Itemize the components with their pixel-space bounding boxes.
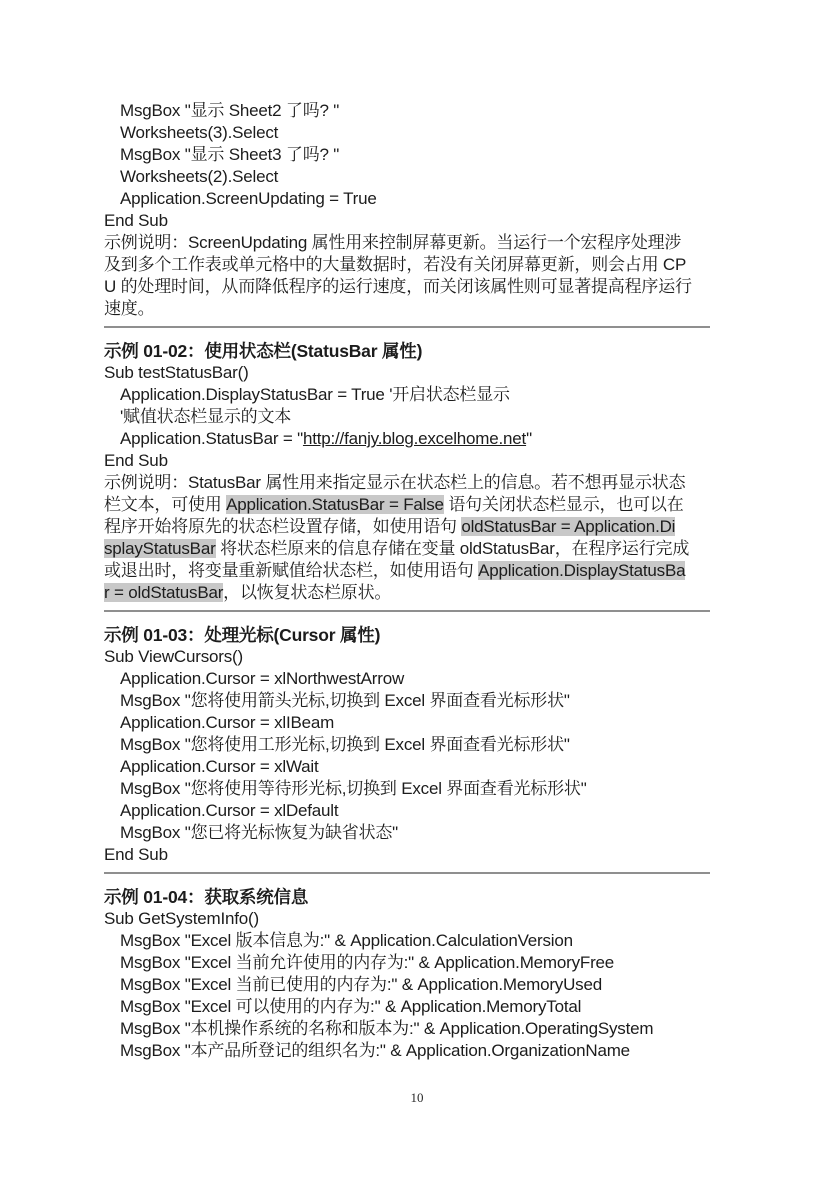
text-segment: Application.ScreenUpdating = True bbox=[120, 189, 377, 208]
text-segment: MsgBox "Excel 当前允许使用的内存为:" & Application… bbox=[120, 953, 614, 972]
text-segment: Application.Cursor = xlDefault bbox=[120, 801, 338, 820]
code-line: '赋值状态栏显示的文本 bbox=[104, 406, 712, 428]
code-line: Application.Cursor = xlDefault bbox=[104, 800, 712, 822]
code-line: Application.Cursor = xlWait bbox=[104, 756, 712, 778]
text-segment: MsgBox "您将使用等待形光标,切换到 Excel 界面查看光标形状" bbox=[120, 779, 587, 798]
section-divider bbox=[104, 872, 710, 874]
text-segment: Application.Cursor = xlWait bbox=[120, 757, 319, 776]
text-segment: 速度。 bbox=[104, 299, 154, 318]
page-content: MsgBox "显示 Sheet2 了吗? "Worksheets(3).Sel… bbox=[104, 100, 712, 1062]
code-line: MsgBox "您将使用等待形光标,切换到 Excel 界面查看光标形状" bbox=[104, 778, 712, 800]
code-line: MsgBox "Excel 当前允许使用的内存为:" & Application… bbox=[104, 952, 712, 974]
document-page: MsgBox "显示 Sheet2 了吗? "Worksheets(3).Sel… bbox=[0, 0, 834, 1179]
code-line: Sub GetSystemInfo() bbox=[104, 908, 712, 930]
code-line: Application.DisplayStatusBar = True '开启状… bbox=[104, 384, 712, 406]
code-line: MsgBox "您将使用箭头光标,切换到 Excel 界面查看光标形状" bbox=[104, 690, 712, 712]
text-segment: End Sub bbox=[104, 451, 168, 470]
code-line: MsgBox "Excel 版本信息为:" & Application.Calc… bbox=[104, 930, 712, 952]
heading-line: 示例 01-03：处理光标(Cursor 属性) bbox=[104, 624, 712, 646]
text-line: 程序开始将原先的状态栏设置存储，如使用语句 oldStatusBar = App… bbox=[104, 516, 712, 538]
text-segment: Sub GetSystemInfo() bbox=[104, 909, 259, 928]
code-line: End Sub bbox=[104, 210, 712, 232]
code-line: MsgBox "本产品所登记的组织名为:" & Application.Orga… bbox=[104, 1040, 712, 1062]
example-heading: 示例 01-02：使用状态栏(StatusBar 属性) bbox=[104, 340, 712, 362]
code-block: Sub testStatusBar()Application.DisplaySt… bbox=[104, 362, 712, 472]
text-segment: Application.Cursor = xlIBeam bbox=[120, 713, 334, 732]
text-segment: End Sub bbox=[104, 845, 168, 864]
highlighted-code: r = oldStatusBar bbox=[104, 583, 223, 602]
text-segment: ，以恢复状态栏原状。 bbox=[223, 583, 391, 602]
code-line: Application.ScreenUpdating = True bbox=[104, 188, 712, 210]
text-line: 速度。 bbox=[104, 298, 712, 320]
code-line: Sub testStatusBar() bbox=[104, 362, 712, 384]
text-segment: 栏文本，可使用 bbox=[104, 495, 226, 514]
section-divider bbox=[104, 326, 710, 328]
description-paragraph: 示例说明：ScreenUpdating 属性用来控制屏幕更新。当运行一个宏程序处… bbox=[104, 232, 712, 320]
text-segment: Sub testStatusBar() bbox=[104, 363, 249, 382]
text-segment: MsgBox "Excel 当前已使用的内存为:" & Application.… bbox=[120, 975, 602, 994]
code-line: MsgBox "Excel 可以使用的内存为:" & Application.M… bbox=[104, 996, 712, 1018]
text-line: 或退出时，将变量重新赋值给状态栏，如使用语句 Application.Displ… bbox=[104, 560, 712, 582]
text-segment: MsgBox "显示 Sheet2 了吗? " bbox=[120, 101, 339, 120]
text-segment: Application.DisplayStatusBar = True '开启状… bbox=[120, 385, 510, 404]
heading-line: 示例 01-02：使用状态栏(StatusBar 属性) bbox=[104, 340, 712, 362]
code-line: MsgBox "本机操作系统的名称和版本为:" & Application.Op… bbox=[104, 1018, 712, 1040]
code-line: Application.Cursor = xlNorthwestArrow bbox=[104, 668, 712, 690]
text-segment: MsgBox "您已将光标恢复为缺省状态" bbox=[120, 823, 398, 842]
code-line: End Sub bbox=[104, 844, 712, 866]
code-block: Sub GetSystemInfo()MsgBox "Excel 版本信息为:"… bbox=[104, 908, 712, 1062]
text-segment: 示例 01-04：获取系统信息 bbox=[104, 887, 308, 907]
code-line: End Sub bbox=[104, 450, 712, 472]
code-line: MsgBox "显示 Sheet3 了吗? " bbox=[104, 144, 712, 166]
text-segment: 程序开始将原先的状态栏设置存储，如使用语句 bbox=[104, 517, 461, 536]
code-line: Application.Cursor = xlIBeam bbox=[104, 712, 712, 734]
text-line: splayStatusBar 将状态栏原来的信息存储在变量 oldStatusB… bbox=[104, 538, 712, 560]
text-segment: Application.Cursor = xlNorthwestArrow bbox=[120, 669, 404, 688]
code-line: MsgBox "您已将光标恢复为缺省状态" bbox=[104, 822, 712, 844]
code-line: Application.StatusBar = "http://fanjy.bl… bbox=[104, 428, 712, 450]
text-segment: 示例 01-02：使用状态栏(StatusBar 属性) bbox=[104, 341, 422, 361]
text-segment: MsgBox "Excel 可以使用的内存为:" & Application.M… bbox=[120, 997, 581, 1016]
highlighted-code: splayStatusBar bbox=[104, 539, 216, 558]
text-line: U 的处理时间，从而降低程序的运行速度，而关闭该属性则可显著提高程序运行 bbox=[104, 276, 712, 298]
text-segment: " bbox=[526, 429, 532, 448]
text-segment: MsgBox "您将使用工形光标,切换到 Excel 界面查看光标形状" bbox=[120, 735, 570, 754]
example-heading: 示例 01-03：处理光标(Cursor 属性) bbox=[104, 624, 712, 646]
example-heading: 示例 01-04：获取系统信息 bbox=[104, 886, 712, 908]
code-block: Sub ViewCursors()Application.Cursor = xl… bbox=[104, 646, 712, 866]
text-segment: End Sub bbox=[104, 211, 168, 230]
page-number: 10 bbox=[0, 1090, 834, 1106]
code-line: MsgBox "Excel 当前已使用的内存为:" & Application.… bbox=[104, 974, 712, 996]
text-segment: Worksheets(3).Select bbox=[120, 123, 278, 142]
text-segment: 示例说明：StatusBar 属性用来指定显示在状态栏上的信息。若不想再显示状态 bbox=[104, 473, 685, 492]
text-segment: 及到多个工作表或单元格中的大量数据时，若没有关闭屏幕更新，则会占用 CP bbox=[104, 255, 686, 274]
text-segment: U 的处理时间，从而降低程序的运行速度，而关闭该属性则可显著提高程序运行 bbox=[104, 277, 692, 296]
text-segment: MsgBox "本产品所登记的组织名为:" & Application.Orga… bbox=[120, 1041, 630, 1060]
code-line: Sub ViewCursors() bbox=[104, 646, 712, 668]
url-text: http://fanjy.blog.excelhome.net bbox=[303, 429, 526, 448]
text-segment: 语句关闭状态栏显示，也可以在 bbox=[444, 495, 684, 514]
text-segment: Worksheets(2).Select bbox=[120, 167, 278, 186]
section-divider bbox=[104, 610, 710, 612]
text-segment: MsgBox "您将使用箭头光标,切换到 Excel 界面查看光标形状" bbox=[120, 691, 570, 710]
text-segment: Application.StatusBar = " bbox=[120, 429, 303, 448]
heading-line: 示例 01-04：获取系统信息 bbox=[104, 886, 712, 908]
code-line: MsgBox "显示 Sheet2 了吗? " bbox=[104, 100, 712, 122]
text-segment: '赋值状态栏显示的文本 bbox=[120, 407, 291, 426]
highlighted-code: oldStatusBar = Application.Di bbox=[461, 517, 675, 536]
text-segment: 示例 01-03：处理光标(Cursor 属性) bbox=[104, 625, 380, 645]
text-segment: 将状态栏原来的信息存储在变量 oldStatusBar，在程序运行完成 bbox=[216, 539, 690, 558]
text-line: 及到多个工作表或单元格中的大量数据时，若没有关闭屏幕更新，则会占用 CP bbox=[104, 254, 712, 276]
highlighted-code: Application.StatusBar = False bbox=[226, 495, 444, 514]
text-segment: MsgBox "显示 Sheet3 了吗? " bbox=[120, 145, 339, 164]
code-line: Worksheets(3).Select bbox=[104, 122, 712, 144]
code-line: MsgBox "您将使用工形光标,切换到 Excel 界面查看光标形状" bbox=[104, 734, 712, 756]
text-line: 示例说明：StatusBar 属性用来指定显示在状态栏上的信息。若不想再显示状态 bbox=[104, 472, 712, 494]
text-segment: MsgBox "Excel 版本信息为:" & Application.Calc… bbox=[120, 931, 573, 950]
code-block: MsgBox "显示 Sheet2 了吗? "Worksheets(3).Sel… bbox=[104, 100, 712, 232]
highlighted-code: Application.DisplayStatusBa bbox=[478, 561, 685, 580]
text-segment: MsgBox "本机操作系统的名称和版本为:" & Application.Op… bbox=[120, 1019, 653, 1038]
text-line: 示例说明：ScreenUpdating 属性用来控制屏幕更新。当运行一个宏程序处… bbox=[104, 232, 712, 254]
text-segment: 示例说明：ScreenUpdating 属性用来控制屏幕更新。当运行一个宏程序处… bbox=[104, 233, 681, 252]
text-line: r = oldStatusBar，以恢复状态栏原状。 bbox=[104, 582, 712, 604]
code-line: Worksheets(2).Select bbox=[104, 166, 712, 188]
description-paragraph: 示例说明：StatusBar 属性用来指定显示在状态栏上的信息。若不想再显示状态… bbox=[104, 472, 712, 604]
text-segment: Sub ViewCursors() bbox=[104, 647, 243, 666]
text-segment: 或退出时，将变量重新赋值给状态栏，如使用语句 bbox=[104, 561, 478, 580]
text-line: 栏文本，可使用 Application.StatusBar = False 语句… bbox=[104, 494, 712, 516]
